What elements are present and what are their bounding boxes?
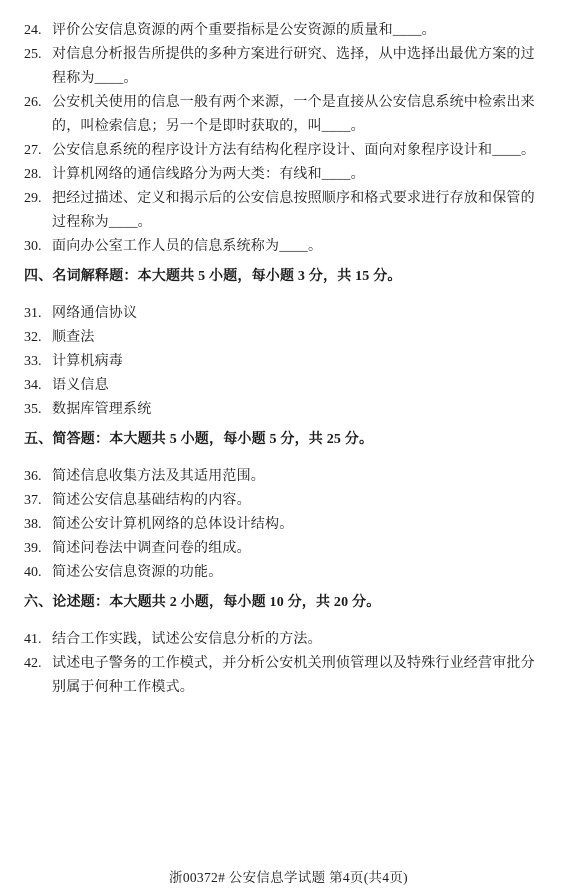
question-36-number: 36. [24, 465, 52, 489]
question-34: 34. 语义信息 [24, 374, 547, 398]
page-footer: 浙00372# 公安信息学试题 第4页(共4页) [0, 866, 577, 886]
question-27-number: 27. [24, 139, 52, 163]
question-28-text: 计算机网络的通信线路分为两大类：有线和____。 [52, 163, 547, 187]
question-25-text: 对信息分析报告所提供的多种方案进行研究、选择，从中选择出最优方案的过程称为___… [52, 43, 547, 91]
question-27-text: 公安信息系统的程序设计方法有结构化程序设计、面向对象程序设计和____。 [52, 139, 547, 163]
question-31-number: 31. [24, 302, 52, 326]
question-42: 42. 试述电子警务的工作模式，并分析公安机关刑侦管理以及特殊行业经营审批分别属… [24, 652, 547, 700]
question-33-text: 计算机病毒 [52, 350, 547, 374]
question-37-number: 37. [24, 489, 52, 513]
question-38: 38. 简述公安计算机网络的总体设计结构。 [24, 513, 547, 537]
section-heading-four: 四、名词解释题：本大题共 5 小题，每小题 3 分，共 15 分。 [24, 265, 547, 289]
question-25: 25. 对信息分析报告所提供的多种方案进行研究、选择，从中选择出最优方案的过程称… [24, 43, 547, 91]
question-41-number: 41. [24, 628, 52, 652]
question-26: 26. 公安机关使用的信息一般有两个来源，一个是直接从公安信息系统中检索出来的，… [24, 91, 547, 139]
question-29: 29. 把经过描述、定义和揭示后的公安信息按照顺序和格式要求进行存放和保管的过程… [24, 187, 547, 235]
question-34-number: 34. [24, 374, 52, 398]
question-36-text: 简述信息收集方法及其适用范围。 [52, 465, 547, 489]
question-35-number: 35. [24, 398, 52, 422]
question-39: 39. 简述问卷法中调查问卷的组成。 [24, 537, 547, 561]
question-35-text: 数据库管理系统 [52, 398, 547, 422]
question-42-number: 42. [24, 652, 52, 676]
question-32-number: 32. [24, 326, 52, 350]
question-28-number: 28. [24, 163, 52, 187]
question-30-number: 30. [24, 235, 52, 259]
question-39-number: 39. [24, 537, 52, 561]
exam-content: 24. 评价公安信息资源的两个重要指标是公安资源的质量和____。 25. 对信… [0, 0, 577, 700]
question-26-number: 26. [24, 91, 52, 115]
question-36: 36. 简述信息收集方法及其适用范围。 [24, 465, 547, 489]
question-24: 24. 评价公安信息资源的两个重要指标是公安资源的质量和____。 [24, 19, 547, 43]
question-24-text: 评价公安信息资源的两个重要指标是公安资源的质量和____。 [52, 19, 547, 43]
question-29-number: 29. [24, 187, 52, 211]
question-37-text: 简述公安信息基础结构的内容。 [52, 489, 547, 513]
question-31-text: 网络通信协议 [52, 302, 547, 326]
question-27: 27. 公安信息系统的程序设计方法有结构化程序设计、面向对象程序设计和____。 [24, 139, 547, 163]
exam-paper-page: 24. 评价公安信息资源的两个重要指标是公安资源的质量和____。 25. 对信… [0, 0, 577, 895]
section-heading-five: 五、简答题：本大题共 5 小题，每小题 5 分，共 25 分。 [24, 428, 547, 452]
question-41-text: 结合工作实践，试述公安信息分析的方法。 [52, 628, 547, 652]
question-38-number: 38. [24, 513, 52, 537]
question-40-number: 40. [24, 561, 52, 585]
question-31: 31. 网络通信协议 [24, 302, 547, 326]
question-25-number: 25. [24, 43, 52, 67]
question-39-text: 简述问卷法中调查问卷的组成。 [52, 537, 547, 561]
question-32: 32. 顺查法 [24, 326, 547, 350]
section-heading-six: 六、论述题：本大题共 2 小题，每小题 10 分，共 20 分。 [24, 591, 547, 615]
question-33-number: 33. [24, 350, 52, 374]
question-29-text: 把经过描述、定义和揭示后的公安信息按照顺序和格式要求进行存放和保管的过程称为__… [52, 187, 547, 235]
question-30: 30. 面向办公室工作人员的信息系统称为____。 [24, 235, 547, 259]
question-24-number: 24. [24, 19, 52, 43]
question-32-text: 顺查法 [52, 326, 547, 350]
question-40: 40. 简述公安信息资源的功能。 [24, 561, 547, 585]
question-41: 41. 结合工作实践，试述公安信息分析的方法。 [24, 628, 547, 652]
question-40-text: 简述公安信息资源的功能。 [52, 561, 547, 585]
question-33: 33. 计算机病毒 [24, 350, 547, 374]
question-38-text: 简述公安计算机网络的总体设计结构。 [52, 513, 547, 537]
question-37: 37. 简述公安信息基础结构的内容。 [24, 489, 547, 513]
question-28: 28. 计算机网络的通信线路分为两大类：有线和____。 [24, 163, 547, 187]
question-35: 35. 数据库管理系统 [24, 398, 547, 422]
question-30-text: 面向办公室工作人员的信息系统称为____。 [52, 235, 547, 259]
question-26-text: 公安机关使用的信息一般有两个来源，一个是直接从公安信息系统中检索出来的，叫检索信… [52, 91, 547, 139]
question-34-text: 语义信息 [52, 374, 547, 398]
question-42-text: 试述电子警务的工作模式，并分析公安机关刑侦管理以及特殊行业经营审批分别属于何种工… [52, 652, 547, 700]
